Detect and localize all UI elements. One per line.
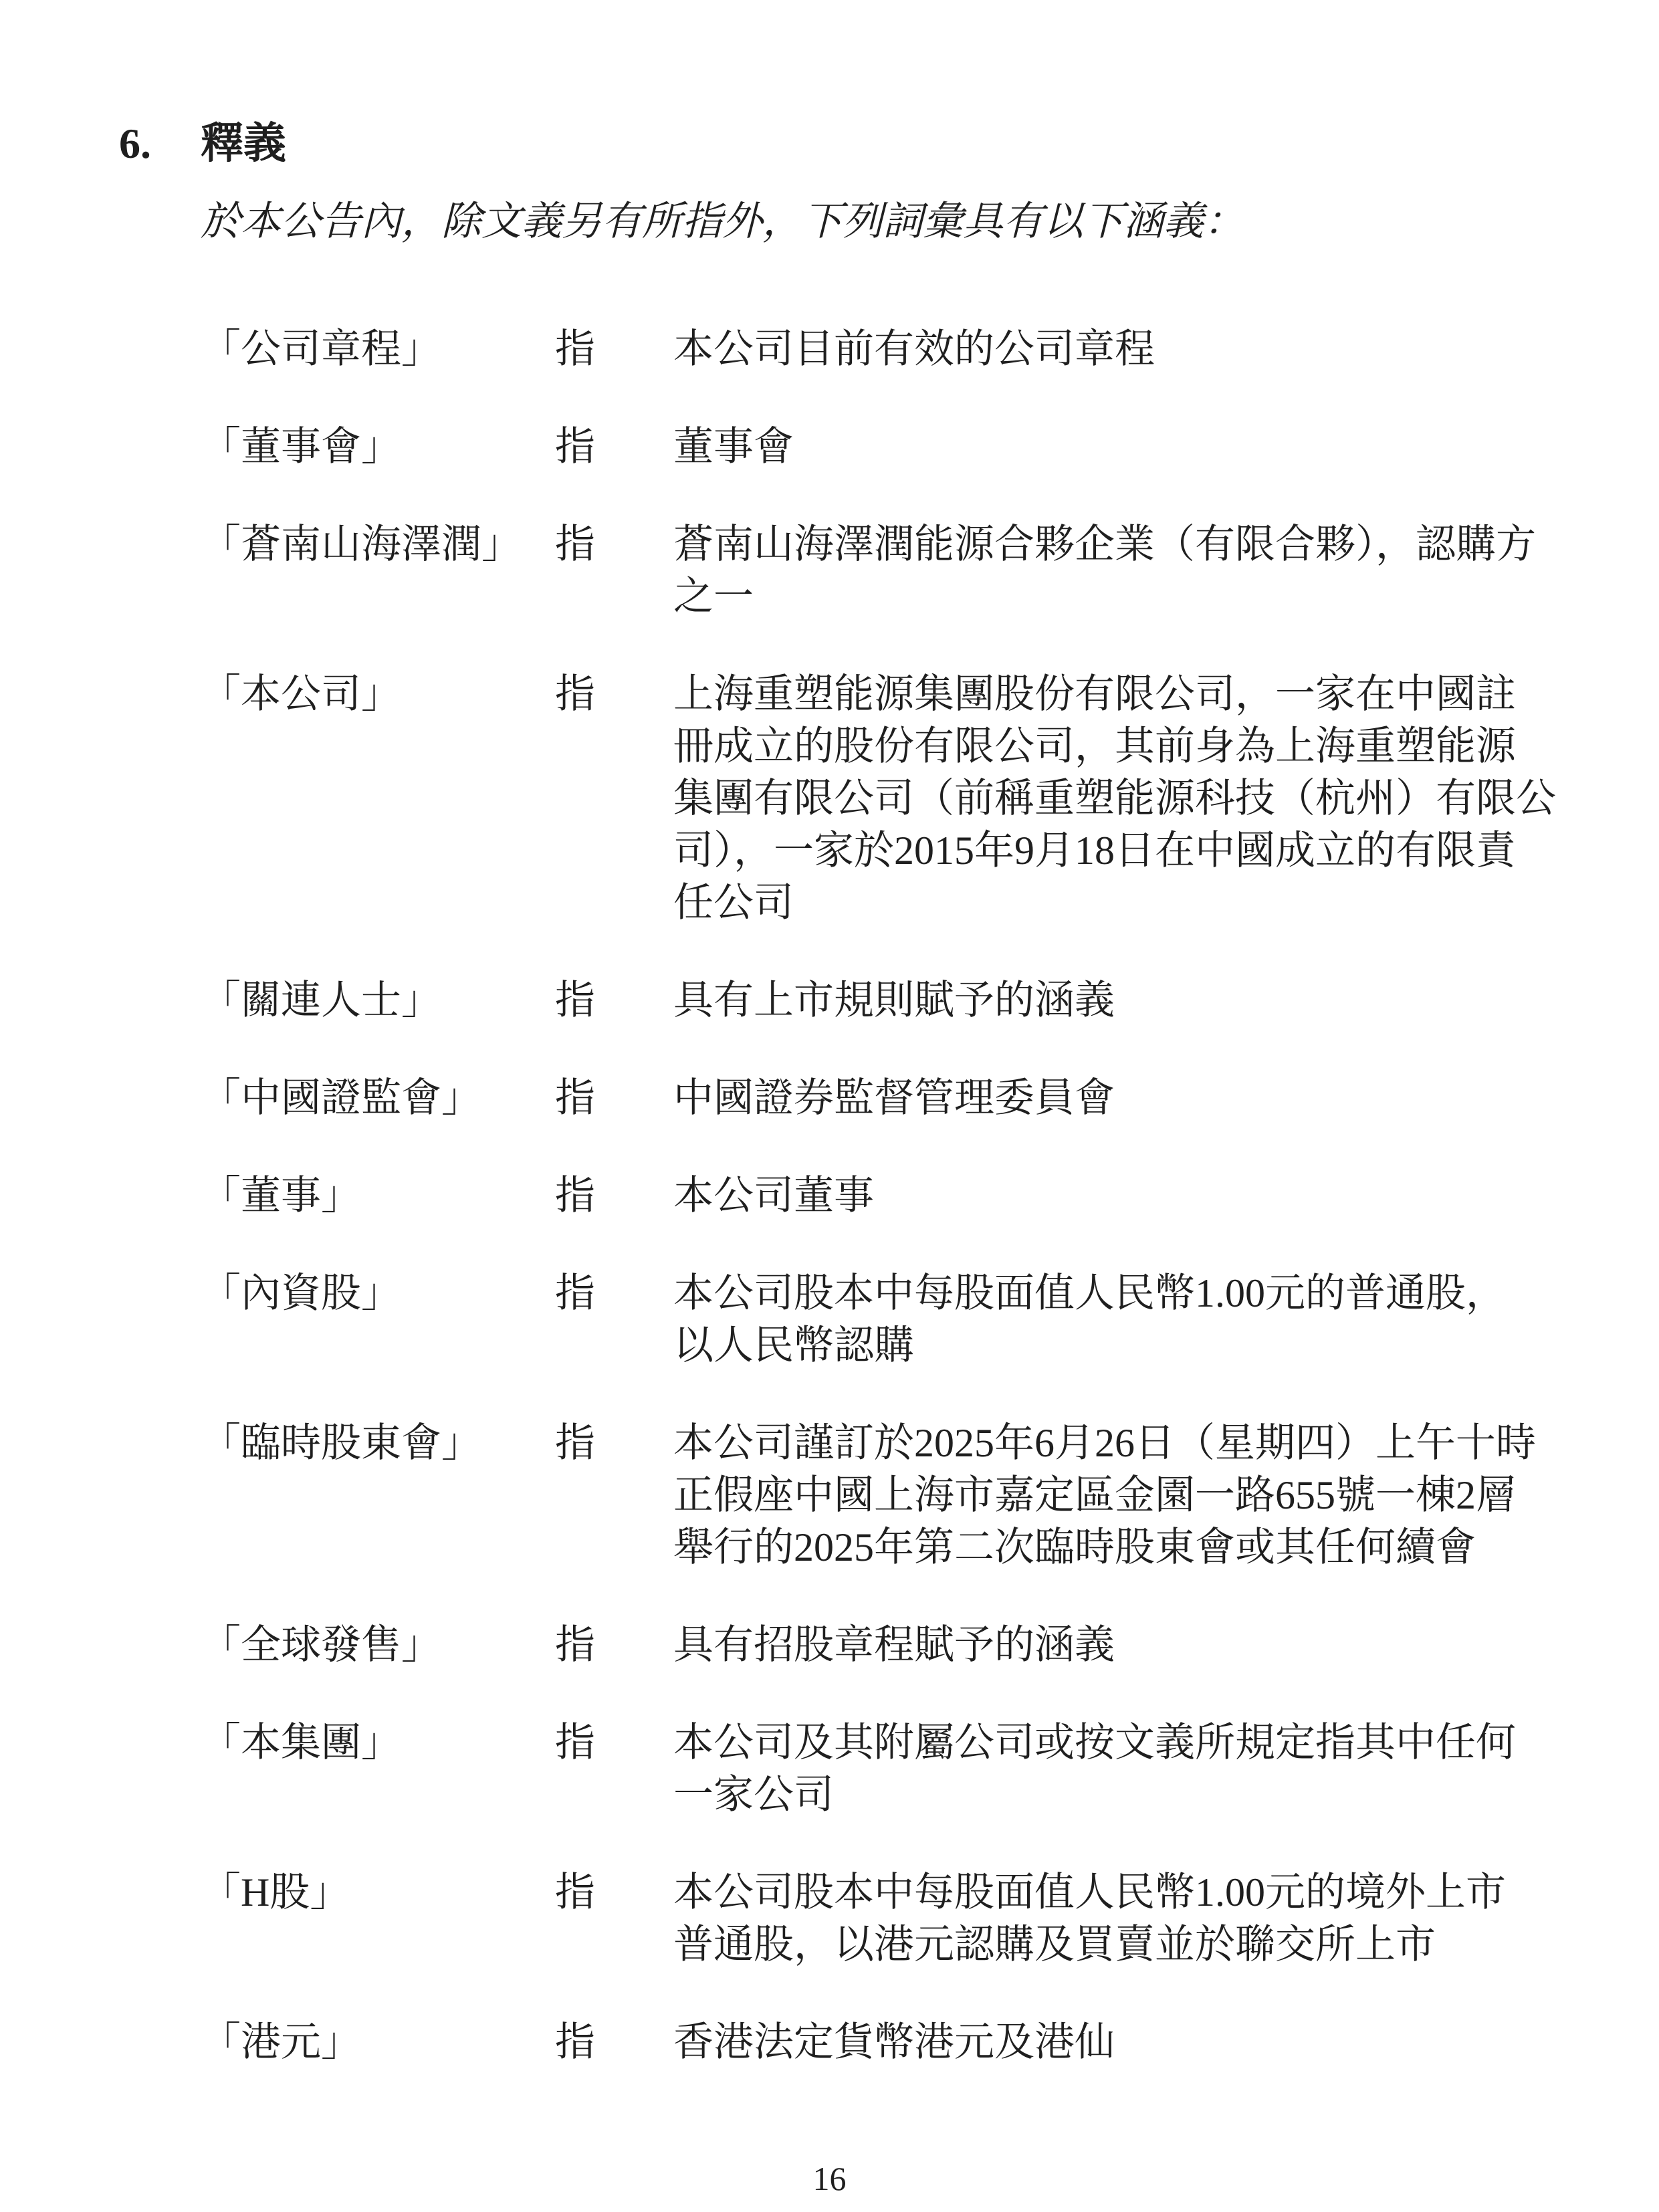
definition-term: 「全球發售」	[201, 1619, 555, 1671]
definition-term: 「董事會」	[201, 421, 555, 473]
section-heading: 6.釋義	[119, 118, 286, 170]
definition-row: 「公司章程」 指 本公司目前有效的公司章程	[201, 323, 1591, 375]
definition-term: 「中國證監會」	[201, 1072, 555, 1124]
definition-row: 「董事會」 指 董事會	[201, 421, 1591, 473]
definition-row: 「董事」 指 本公司董事	[201, 1170, 1591, 1222]
means-label: 指	[555, 1417, 673, 1469]
definition-row: 「內資股」 指 本公司股本中每股面值人民幣1.00元的普通股， 以人民幣認購	[201, 1267, 1591, 1371]
definition-row: 「關連人士」 指 具有上市規則賦予的涵義	[201, 974, 1591, 1026]
definition-row: 「港元」 指 香港法定貨幣港元及港仙	[201, 2016, 1591, 2068]
means-label: 指	[555, 1267, 673, 1319]
means-label: 指	[555, 974, 673, 1026]
definition-row: 「本公司」 指 上海重塑能源集團股份有限公司，一家在中國註 冊成立的股份有限公司…	[201, 668, 1591, 929]
means-label: 指	[555, 1072, 673, 1124]
definition-text: 本公司股本中每股面值人民幣1.00元的普通股， 以人民幣認購	[673, 1267, 1591, 1371]
means-label: 指	[555, 1717, 673, 1769]
definition-text: 上海重塑能源集團股份有限公司，一家在中國註 冊成立的股份有限公司，其前身為上海重…	[673, 668, 1591, 929]
definition-row: 「蒼南山海澤潤」 指 蒼南山海澤潤能源合夥企業（有限合夥），認購方 之一	[201, 518, 1591, 623]
means-label: 指	[555, 668, 673, 720]
definition-term: 「本公司」	[201, 668, 555, 720]
definition-text: 中國證券監督管理委員會	[673, 1072, 1591, 1124]
definition-text: 董事會	[673, 421, 1591, 473]
means-label: 指	[555, 1619, 673, 1671]
section-number: 6.	[119, 118, 201, 170]
means-label: 指	[555, 421, 673, 473]
definition-text: 蒼南山海澤潤能源合夥企業（有限合夥），認購方 之一	[673, 518, 1591, 623]
means-label: 指	[555, 1866, 673, 1918]
definition-row: 「全球發售」 指 具有招股章程賦予的涵義	[201, 1619, 1591, 1671]
means-label: 指	[555, 2016, 673, 2068]
definition-term: 「H股」	[201, 1866, 555, 1918]
intro-paragraph: 於本公告內，除文義另有所指外，下列詞彙具有以下涵義：	[201, 195, 1244, 247]
means-label: 指	[555, 518, 673, 570]
definition-text: 具有上市規則賦予的涵義	[673, 974, 1591, 1026]
definition-text: 具有招股章程賦予的涵義	[673, 1619, 1591, 1671]
definition-text: 本公司股本中每股面值人民幣1.00元的境外上市 普通股，以港元認購及買賣並於聯交…	[673, 1866, 1591, 1971]
page-number: 16	[0, 2159, 1659, 2199]
definition-term: 「內資股」	[201, 1267, 555, 1319]
definition-term: 「港元」	[201, 2016, 555, 2068]
definition-term: 「臨時股東會」	[201, 1417, 555, 1469]
definition-term: 「董事」	[201, 1170, 555, 1222]
definition-text: 本公司謹訂於2025年6月26日（星期四）上午十時 正假座中國上海市嘉定區金園一…	[673, 1417, 1591, 1573]
definition-term: 「本集團」	[201, 1717, 555, 1769]
definition-text: 本公司及其附屬公司或按文義所規定指其中任何 一家公司	[673, 1717, 1591, 1821]
definition-text: 本公司目前有效的公司章程	[673, 323, 1591, 375]
definition-row: 「本集團」 指 本公司及其附屬公司或按文義所規定指其中任何 一家公司	[201, 1717, 1591, 1821]
definition-row: 「中國證監會」 指 中國證券監督管理委員會	[201, 1072, 1591, 1124]
definition-term: 「公司章程」	[201, 323, 555, 375]
means-label: 指	[555, 323, 673, 375]
definition-text: 香港法定貨幣港元及港仙	[673, 2016, 1591, 2068]
definition-term: 「關連人士」	[201, 974, 555, 1026]
definition-row: 「臨時股東會」 指 本公司謹訂於2025年6月26日（星期四）上午十時 正假座中…	[201, 1417, 1591, 1573]
definition-term: 「蒼南山海澤潤」	[201, 518, 555, 570]
definition-row: 「H股」 指 本公司股本中每股面值人民幣1.00元的境外上市 普通股，以港元認購…	[201, 1866, 1591, 1971]
definition-text: 本公司董事	[673, 1170, 1591, 1222]
means-label: 指	[555, 1170, 673, 1222]
definitions-list: 「公司章程」 指 本公司目前有效的公司章程 「董事會」 指 董事會 「蒼南山海澤…	[201, 323, 1591, 2114]
section-title: 釋義	[201, 120, 286, 167]
